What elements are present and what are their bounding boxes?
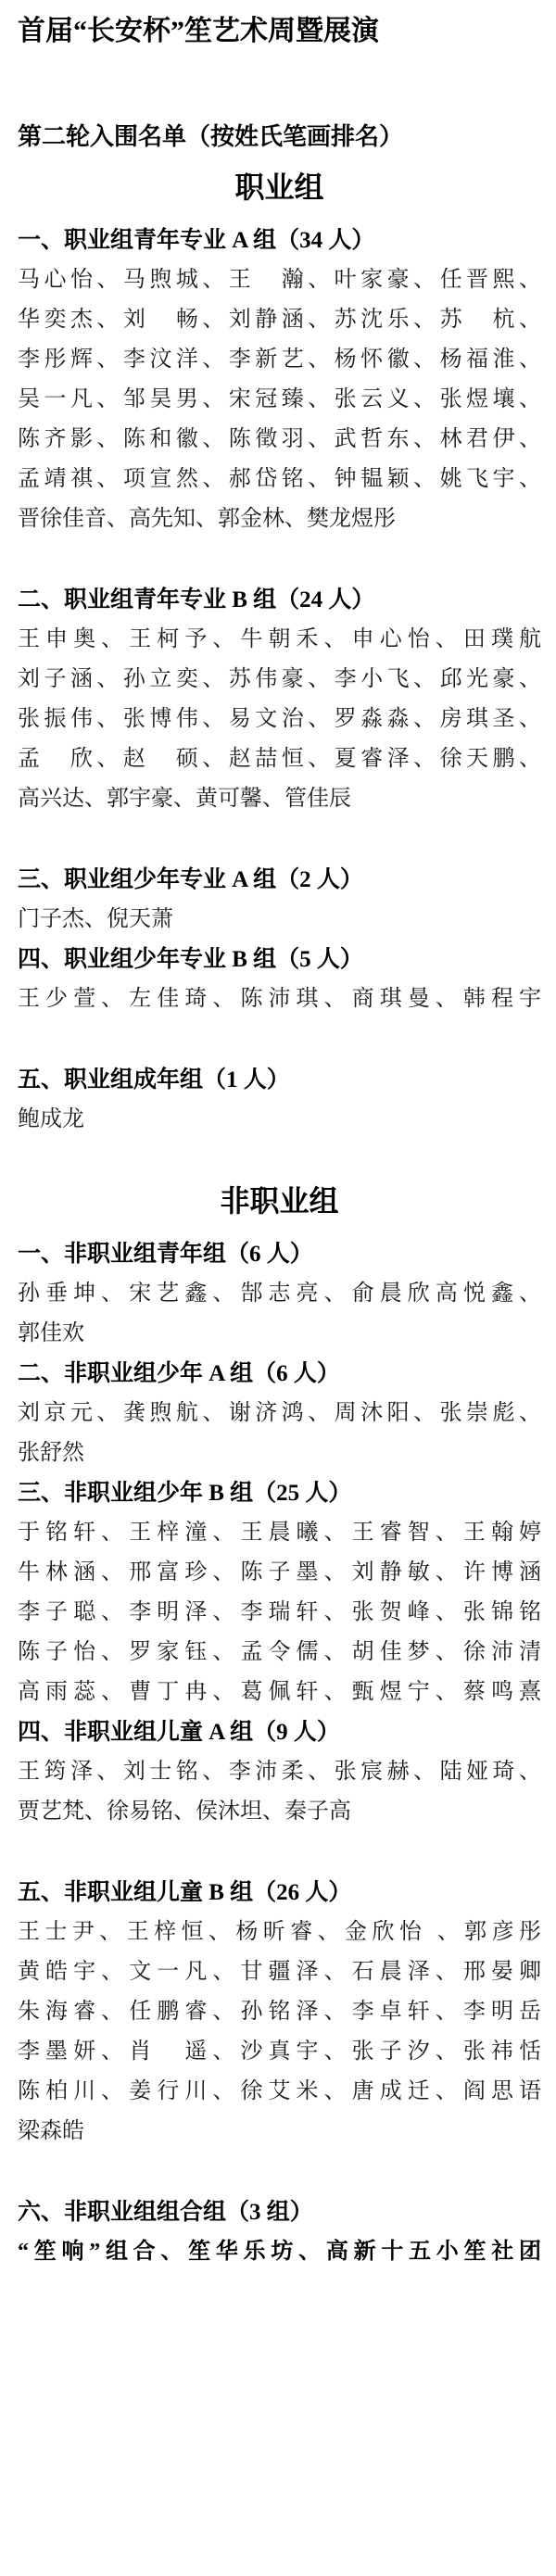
- name-line: 朱海睿、任鹏睿、孙铭泽、李卓轩、李明岳: [18, 1992, 541, 2032]
- name-line: 孟靖祺、项宣然、郝岱铭、钟韫颖、姚飞宇、: [18, 460, 541, 499]
- name-line: 孟 欣、赵 硕、赵喆恒、夏睿泽、徐天鹏、: [18, 739, 541, 779]
- name-line: 陈柏川、姜行川、徐艾米、唐成迁、阎思语: [18, 2072, 541, 2112]
- name-line: 吴一凡、邹昊男、宋冠臻、张云义、张煜壤、: [18, 380, 541, 420]
- name-line: 牛林涵、邢富珍、陈子墨、刘静敏、许博涵: [18, 1553, 541, 1593]
- name-line: 于铭轩、王梓潼、王晨曦、王睿智、王翰婷: [18, 1513, 541, 1553]
- name-line: 鲍成龙: [18, 1100, 541, 1140]
- group-title: 三、职业组少年专业 A 组（2 人）: [18, 860, 541, 900]
- name-line: 张振伟、张博伟、易文治、罗淼淼、房琪圣、: [18, 700, 541, 739]
- name-line: 张舒然: [18, 1433, 541, 1473]
- name-line: 刘子涵、孙立奕、苏伟豪、李小飞、邱光豪、: [18, 660, 541, 700]
- name-line: 李子聪、李明泽、李瑞轩、张贺峰、张锦铭: [18, 1593, 541, 1633]
- group: 四、非职业组儿童 A 组（9 人）王筠泽、刘士铭、李沛柔、张宸赫、陆娅琦、贾艺梵…: [18, 1712, 541, 1832]
- group: 二、非职业组少年 A 组（6 人）刘京元、龚煦航、谢济鸿、周沐阳、张崇彪、张舒然: [18, 1354, 541, 1473]
- name-line: 李墨妍、肖 遥、沙真宇、张子汐、张祎恬: [18, 2032, 541, 2072]
- document-page: 首届“长安杯”笙艺术周暨展演 第二轮入围名单（按姓氏笔画排名） 职业组一、职业组…: [0, 0, 556, 2576]
- name-line: 贾艺梵、徐易铭、侯沐坦、秦子高: [18, 1792, 541, 1832]
- section-heading: 职业组: [18, 167, 541, 208]
- section: 非职业组一、非职业组青年组（6 人）孙垂坤、宋艺鑫、郜志亮、俞晨欣高悦鑫、郭佳欢…: [18, 1181, 541, 2272]
- group: 五、职业组成年组（1 人）鲍成龙: [18, 1060, 541, 1140]
- group-title: 一、非职业组青年组（6 人）: [18, 1234, 541, 1274]
- group-title: 二、职业组青年专业 B 组（24 人）: [18, 580, 541, 620]
- name-line: 马心怡、马煦城、王 瀚、叶家豪、任晋熙、: [18, 260, 541, 300]
- group-title: 一、职业组青年专业 A 组（34 人）: [18, 221, 541, 260]
- group-title: 四、职业组少年专业 B 组（5 人）: [18, 940, 541, 979]
- group: 五、非职业组儿童 B 组（26 人）王士尹、王梓恒、杨昕睿、金欣怡 、郭彦彤黄皓…: [18, 1873, 541, 2152]
- name-line: 王筠泽、刘士铭、李沛柔、张宸赫、陆娅琦、: [18, 1752, 541, 1792]
- name-line: 黄皓宇、文一凡、甘疆泽、石晨泽、邢晏卿: [18, 1952, 541, 1992]
- name-line: 王申奥、王柯予、牛朝禾、申心怡、田璞航: [18, 620, 541, 660]
- name-line: 刘京元、龚煦航、谢济鸿、周沐阳、张崇彪、: [18, 1394, 541, 1433]
- group-title: 三、非职业组少年 B 组（25 人）: [18, 1473, 541, 1513]
- name-line: 李彤辉、李汶洋、李新艺、杨怀徽、杨福淮、: [18, 340, 541, 380]
- group: 一、职业组青年专业 A 组（34 人）马心怡、马煦城、王 瀚、叶家豪、任晋熙、华…: [18, 221, 541, 539]
- name-line: 陈齐影、陈和徽、陈徵羽、武哲东、林君伊、: [18, 420, 541, 460]
- name-line: 高雨蕊、曹丁冉、葛佩轩、甄煜宁、蔡鸣熹: [18, 1673, 541, 1712]
- sections-container: 职业组一、职业组青年专业 A 组（34 人）马心怡、马煦城、王 瀚、叶家豪、任晋…: [18, 167, 541, 2272]
- group-title: 二、非职业组少年 A 组（6 人）: [18, 1354, 541, 1394]
- group-title: 四、非职业组儿童 A 组（9 人）: [18, 1712, 541, 1752]
- section: 职业组一、职业组青年专业 A 组（34 人）马心怡、马煦城、王 瀚、叶家豪、任晋…: [18, 167, 541, 1140]
- group: 六、非职业组组合组（3 组）“笙响”组合、笙华乐坊、高新十五小笙社团: [18, 2192, 541, 2272]
- group: 四、职业组少年专业 B 组（5 人）王少萱、左佳琦、陈沛琪、商琪曼、韩程宇: [18, 940, 541, 1019]
- name-line: 高兴达、郭宇豪、黄可馨、管佳辰: [18, 779, 541, 819]
- name-line: 孙垂坤、宋艺鑫、郜志亮、俞晨欣高悦鑫、: [18, 1274, 541, 1314]
- group: 三、非职业组少年 B 组（25 人）于铭轩、王梓潼、王晨曦、王睿智、王翰婷牛林涵…: [18, 1473, 541, 1712]
- name-line: 陈子怡、罗家钰、孟令儒、胡佳梦、徐沛清: [18, 1633, 541, 1673]
- group-title: 六、非职业组组合组（3 组）: [18, 2192, 541, 2232]
- name-line: 晋徐佳音、高先知、郭金林、樊龙煜彤: [18, 499, 541, 539]
- group-title: 五、非职业组儿童 B 组（26 人）: [18, 1873, 541, 1913]
- name-line: 门子杰、倪天萧: [18, 900, 541, 940]
- name-line: 王少萱、左佳琦、陈沛琪、商琪曼、韩程宇: [18, 979, 541, 1019]
- group: 二、职业组青年专业 B 组（24 人）王申奥、王柯予、牛朝禾、申心怡、田璞航刘子…: [18, 580, 541, 819]
- group: 一、非职业组青年组（6 人）孙垂坤、宋艺鑫、郜志亮、俞晨欣高悦鑫、郭佳欢: [18, 1234, 541, 1354]
- name-line: “笙响”组合、笙华乐坊、高新十五小笙社团: [18, 2232, 541, 2272]
- section-heading: 非职业组: [18, 1181, 541, 1221]
- name-line: 梁森皓: [18, 2112, 541, 2152]
- group: 三、职业组少年专业 A 组（2 人）门子杰、倪天萧: [18, 860, 541, 940]
- name-line: 王士尹、王梓恒、杨昕睿、金欣怡 、郭彦彤: [18, 1913, 541, 1952]
- page-subtitle: 第二轮入围名单（按姓氏笔画排名）: [18, 120, 541, 154]
- name-line: 华奕杰、刘 畅、刘静涵、苏沈乐、苏 杭、: [18, 300, 541, 340]
- group-title: 五、职业组成年组（1 人）: [18, 1060, 541, 1100]
- name-line: 郭佳欢: [18, 1314, 541, 1354]
- page-title: 首届“长安杯”笙艺术周暨展演: [18, 13, 541, 50]
